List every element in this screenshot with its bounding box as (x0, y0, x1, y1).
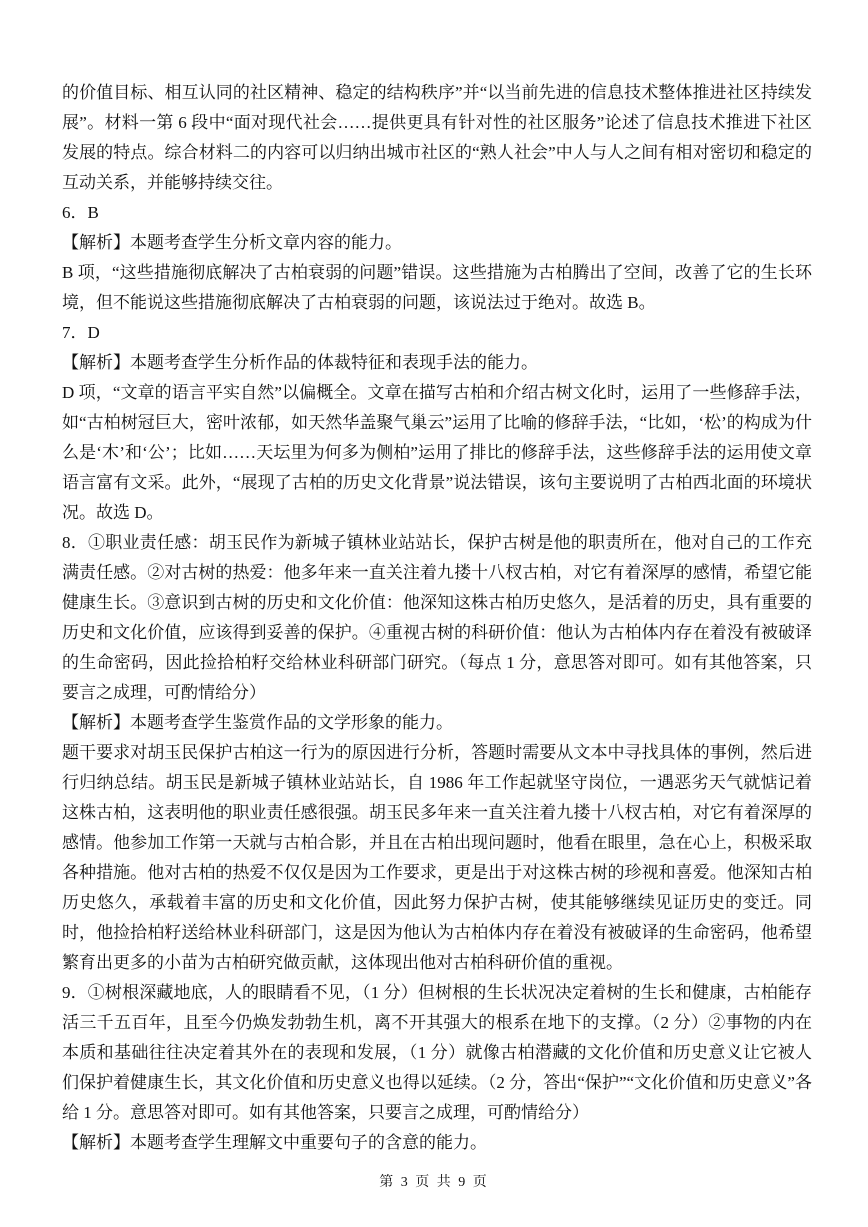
analysis-7: 【解析】本题考查学生分析作品的体裁特征和表现手法的能力。 (62, 348, 812, 378)
answer-6: 6．B (62, 198, 812, 228)
analysis-8-detail: 题干要求对胡玉民保护古柏这一行为的原因进行分析，答题时需要从文本中寻找具体的事例… (62, 738, 812, 978)
paragraph-continuation: 的价值目标、相互认同的社区精神、稳定的结构秩序”并“以当前先进的信息技术整体推进… (62, 78, 812, 198)
answer-7: 7．D (62, 318, 812, 348)
analysis-8: 【解析】本题考查学生鉴赏作品的文学形象的能力。 (62, 708, 812, 738)
answer-key-body: 的价值目标、相互认同的社区精神、稳定的结构秩序”并“以当前先进的信息技术整体推进… (62, 78, 812, 1158)
page-footer: 第 3 页 共 9 页 (0, 1171, 868, 1191)
answer-8: 8．①职业责任感：胡玉民作为新城子镇林业站站长，保护古树是他的职责所在，他对自己… (62, 528, 812, 708)
analysis-7-detail: D 项，“文章的语言平实自然”以偏概全。文章在描写古柏和介绍古树文化时，运用了一… (62, 378, 812, 528)
answer-9: 9．①树根深藏地底，人的眼睛看不见，（1 分）但树根的生长状况决定着树的生长和健… (62, 978, 812, 1128)
analysis-6: 【解析】本题考查学生分析文章内容的能力。 (62, 228, 812, 258)
analysis-6-detail: B 项，“这些措施彻底解决了古柏衰弱的问题”错误。这些措施为古柏腾出了空间，改善… (62, 258, 812, 318)
document-page: 的价值目标、相互认同的社区精神、稳定的结构秩序”并“以当前先进的信息技术整体推进… (0, 0, 868, 1227)
analysis-9: 【解析】本题考查学生理解文中重要句子的含意的能力。 (62, 1128, 812, 1158)
